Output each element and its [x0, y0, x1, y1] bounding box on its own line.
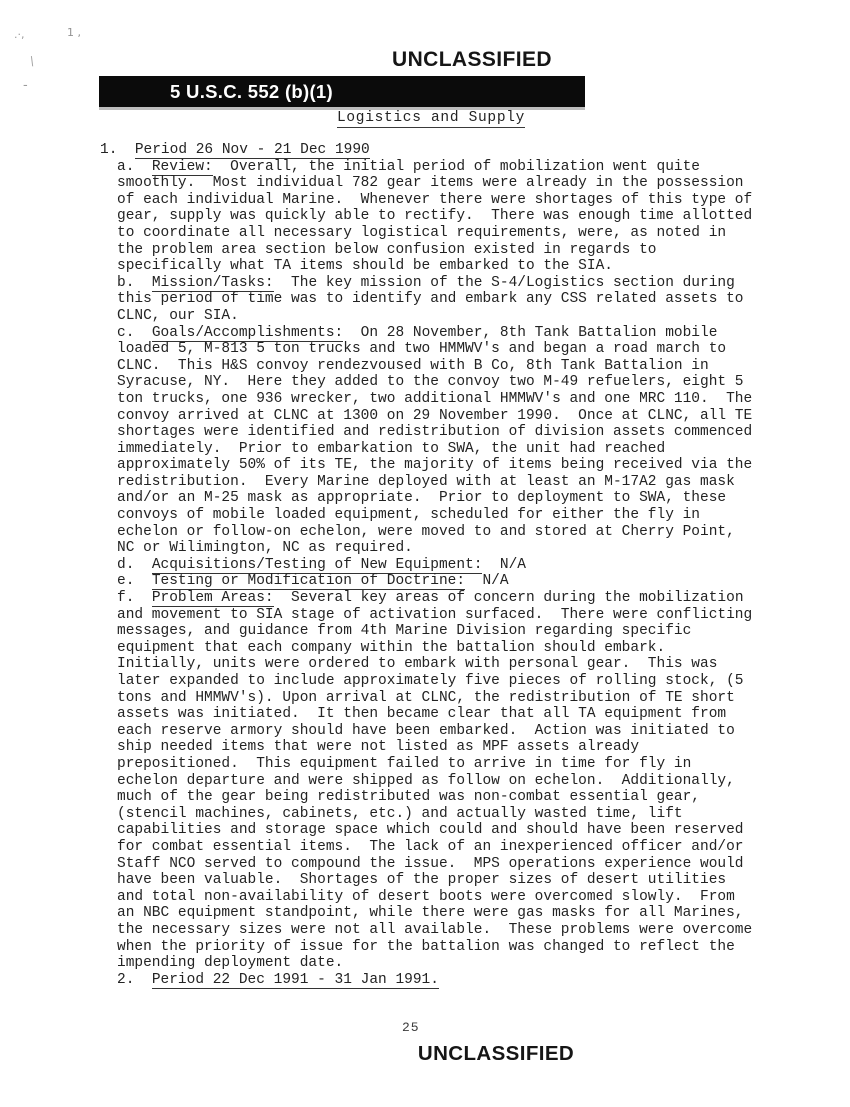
plain-text: f. — [117, 590, 152, 606]
plain-text: convoys of mobile loaded equipment, sche… — [117, 507, 700, 523]
underlined-text: Testing or Modification of Doctrine: — [152, 573, 465, 590]
plain-text: capabilities and storage space which cou… — [117, 822, 744, 838]
plain-text: and movement to SIA stage of activation … — [117, 607, 752, 623]
plain-text: approximately 50% of its TE, the majorit… — [117, 457, 752, 473]
scan-artifact: 1 , — [67, 26, 81, 39]
text-line: 1. Period 26 Nov - 21 Dec 1990 — [0, 142, 850, 159]
text-line: CLNC, our SIA. — [0, 308, 850, 325]
plain-text: much of the gear being redistributed was… — [117, 789, 700, 805]
plain-text: specifically what TA items should be emb… — [117, 258, 613, 274]
scan-artifact: .·, — [14, 28, 25, 41]
classification-header: UNCLASSIFIED — [392, 48, 552, 72]
text-line: convoys of mobile loaded equipment, sche… — [0, 507, 850, 524]
plain-text: to coordinate all necessary logistical r… — [117, 225, 726, 241]
text-line: gear, supply was quickly able to rectify… — [0, 208, 850, 225]
text-line: to coordinate all necessary logistical r… — [0, 225, 850, 242]
text-line: the necessary sizes were not all availab… — [0, 922, 850, 939]
plain-text: Initially, units were ordered to embark … — [117, 656, 717, 672]
classification-footer: UNCLASSIFIED — [418, 1042, 574, 1066]
redaction-bar: 5 U.S.C. 552 (b)(1) — [99, 76, 585, 110]
text-line: specifically what TA items should be emb… — [0, 258, 850, 275]
plain-text: Several key areas of concern during the … — [274, 590, 744, 606]
plain-text: N/A — [482, 557, 526, 573]
plain-text: On 28 November, 8th Tank Battalion mobil… — [343, 325, 717, 341]
text-line: this period of time was to identify and … — [0, 291, 850, 308]
plain-text: c. — [117, 325, 152, 341]
plain-text: echelon or follow-on echelon, were moved… — [117, 524, 735, 540]
underlined-text: Mission/Tasks: — [152, 275, 274, 292]
section-title-text: Logistics and Supply — [337, 110, 525, 128]
text-line: equipment that each company within the b… — [0, 640, 850, 657]
plain-text: convoy arrived at CLNC at 1300 on 29 Nov… — [117, 408, 752, 424]
plain-text: messages, and guidance from 4th Marine D… — [117, 623, 691, 639]
plain-text: when the priority of issue for the batta… — [117, 939, 735, 955]
text-line: prepositioned. This equipment failed to … — [0, 756, 850, 773]
plain-text: gear, supply was quickly able to rectify… — [117, 208, 752, 224]
plain-text: impending deployment date. — [117, 955, 343, 971]
text-line: convoy arrived at CLNC at 1300 on 29 Nov… — [0, 408, 850, 425]
plain-text: The key mission of the S-4/Logistics sec… — [274, 275, 735, 291]
text-line: redistribution. Every Marine deployed wi… — [0, 474, 850, 491]
plain-text: 1. — [100, 142, 135, 158]
plain-text: NC or Wilimington, NC as required. — [117, 540, 413, 556]
text-line: 2. Period 22 Dec 1991 - 31 Jan 1991. — [0, 972, 850, 989]
plain-text: this period of time was to identify and … — [117, 291, 744, 307]
text-line: messages, and guidance from 4th Marine D… — [0, 623, 850, 640]
section-title: Logistics and Supply — [337, 110, 525, 126]
text-line: and/or an M-25 mask as appropriate. Prio… — [0, 490, 850, 507]
plain-text: loaded 5, M-813 5 ton trucks and two HMM… — [117, 341, 726, 357]
text-line: approximately 50% of its TE, the majorit… — [0, 457, 850, 474]
plain-text: Syracuse, NY. Here they added to the con… — [117, 374, 744, 390]
underlined-text: Period 22 Dec 1991 - 31 Jan 1991. — [152, 972, 439, 989]
text-line: capabilities and storage space which cou… — [0, 822, 850, 839]
plain-text: echelon departure and were shipped as fo… — [117, 773, 735, 789]
plain-text: e. — [117, 573, 152, 589]
text-line: ton trucks, one 936 wrecker, two additio… — [0, 391, 850, 408]
redaction-label: 5 U.S.C. 552 (b)(1) — [99, 81, 333, 103]
text-line: of each individual Marine. Whenever ther… — [0, 192, 850, 209]
text-line: impending deployment date. — [0, 955, 850, 972]
text-line: (stencil machines, cabinets, etc.) and a… — [0, 806, 850, 823]
text-line: for combat essential items. The lack of … — [0, 839, 850, 856]
text-line: and movement to SIA stage of activation … — [0, 607, 850, 624]
text-line: the problem area section below confusion… — [0, 242, 850, 259]
text-line: NC or Wilimington, NC as required. — [0, 540, 850, 557]
text-line: loaded 5, M-813 5 ton trucks and two HMM… — [0, 341, 850, 358]
underlined-text: Goals/Accomplishments: — [152, 325, 343, 342]
text-line: later expanded to include approximately … — [0, 673, 850, 690]
plain-text: a. — [117, 159, 152, 175]
plain-text: CLNC. This H&S convoy rendezvoused with … — [117, 358, 709, 374]
text-line: a. Review: Overall, the initial period o… — [0, 159, 850, 176]
plain-text: prepositioned. This equipment failed to … — [117, 756, 691, 772]
text-line: and total non-availability of desert boo… — [0, 889, 850, 906]
plain-text: (stencil machines, cabinets, etc.) and a… — [117, 806, 683, 822]
plain-text: N/A — [465, 573, 509, 589]
plain-text: CLNC, our SIA. — [117, 308, 239, 324]
text-line: Staff NCO served to compound the issue. … — [0, 856, 850, 873]
plain-text: an NBC equipment standpoint, while there… — [117, 905, 744, 921]
scan-artifact: \ — [29, 54, 35, 68]
text-line: shortages were identified and redistribu… — [0, 424, 850, 441]
plain-text: tons and HMMWV's). Upon arrival at CLNC,… — [117, 690, 735, 706]
plain-text: the necessary sizes were not all availab… — [117, 922, 752, 938]
text-line: tons and HMMWV's). Upon arrival at CLNC,… — [0, 690, 850, 707]
text-line: echelon or follow-on echelon, were moved… — [0, 524, 850, 541]
plain-text: shortages were identified and redistribu… — [117, 424, 752, 440]
underlined-text: Acquisitions/Testing of New Equipment: — [152, 557, 483, 574]
text-line: e. Testing or Modification of Doctrine: … — [0, 573, 850, 590]
plain-text: smoothly. Most individual 782 gear items… — [117, 175, 744, 191]
page-number: 25 — [402, 1020, 420, 1035]
plain-text: each reserve armory should have been emb… — [117, 723, 735, 739]
text-line: immediately. Prior to embarkation to SWA… — [0, 441, 850, 458]
document-body: 1. Period 26 Nov - 21 Dec 1990a. Review:… — [0, 142, 850, 988]
plain-text: equipment that each company within the b… — [117, 640, 665, 656]
text-line: f. Problem Areas: Several key areas of c… — [0, 590, 850, 607]
plain-text: Overall, the initial period of mobilizat… — [213, 159, 700, 175]
text-line: each reserve armory should have been emb… — [0, 723, 850, 740]
plain-text: and total non-availability of desert boo… — [117, 889, 735, 905]
text-line: d. Acquisitions/Testing of New Equipment… — [0, 557, 850, 574]
plain-text: redistribution. Every Marine deployed wi… — [117, 474, 735, 490]
underlined-text: Problem Areas: — [152, 590, 274, 607]
plain-text: the problem area section below confusion… — [117, 242, 657, 258]
text-line: Initially, units were ordered to embark … — [0, 656, 850, 673]
text-line: b. Mission/Tasks: The key mission of the… — [0, 275, 850, 292]
plain-text: for combat essential items. The lack of … — [117, 839, 744, 855]
plain-text: immediately. Prior to embarkation to SWA… — [117, 441, 665, 457]
plain-text: Staff NCO served to compound the issue. … — [117, 856, 744, 872]
plain-text: ship needed items that were not listed a… — [117, 739, 639, 755]
text-line: much of the gear being redistributed was… — [0, 789, 850, 806]
text-line: when the priority of issue for the batta… — [0, 939, 850, 956]
plain-text: d. — [117, 557, 152, 573]
plain-text: b. — [117, 275, 152, 291]
document-page: UNCLASSIFIED 5 U.S.C. 552 (b)(1) Logisti… — [0, 0, 850, 1107]
scan-artifact: - — [23, 78, 28, 93]
underlined-text: Period 26 Nov - 21 Dec 1990 — [135, 142, 370, 159]
text-line: have been valuable. Shortages of the pro… — [0, 872, 850, 889]
text-line: ship needed items that were not listed a… — [0, 739, 850, 756]
text-line: assets was initiated. It then became cle… — [0, 706, 850, 723]
plain-text: later expanded to include approximately … — [117, 673, 744, 689]
plain-text: assets was initiated. It then became cle… — [117, 706, 726, 722]
plain-text: of each individual Marine. Whenever ther… — [117, 192, 752, 208]
plain-text: have been valuable. Shortages of the pro… — [117, 872, 726, 888]
text-line: CLNC. This H&S convoy rendezvoused with … — [0, 358, 850, 375]
text-line: echelon departure and were shipped as fo… — [0, 773, 850, 790]
plain-text: and/or an M-25 mask as appropriate. Prio… — [117, 490, 726, 506]
text-line: an NBC equipment standpoint, while there… — [0, 905, 850, 922]
text-line: c. Goals/Accomplishments: On 28 November… — [0, 325, 850, 342]
text-line: smoothly. Most individual 782 gear items… — [0, 175, 850, 192]
text-line: Syracuse, NY. Here they added to the con… — [0, 374, 850, 391]
plain-text: 2. — [117, 972, 152, 988]
underlined-text: Review: — [152, 159, 213, 176]
plain-text: ton trucks, one 936 wrecker, two additio… — [117, 391, 752, 407]
